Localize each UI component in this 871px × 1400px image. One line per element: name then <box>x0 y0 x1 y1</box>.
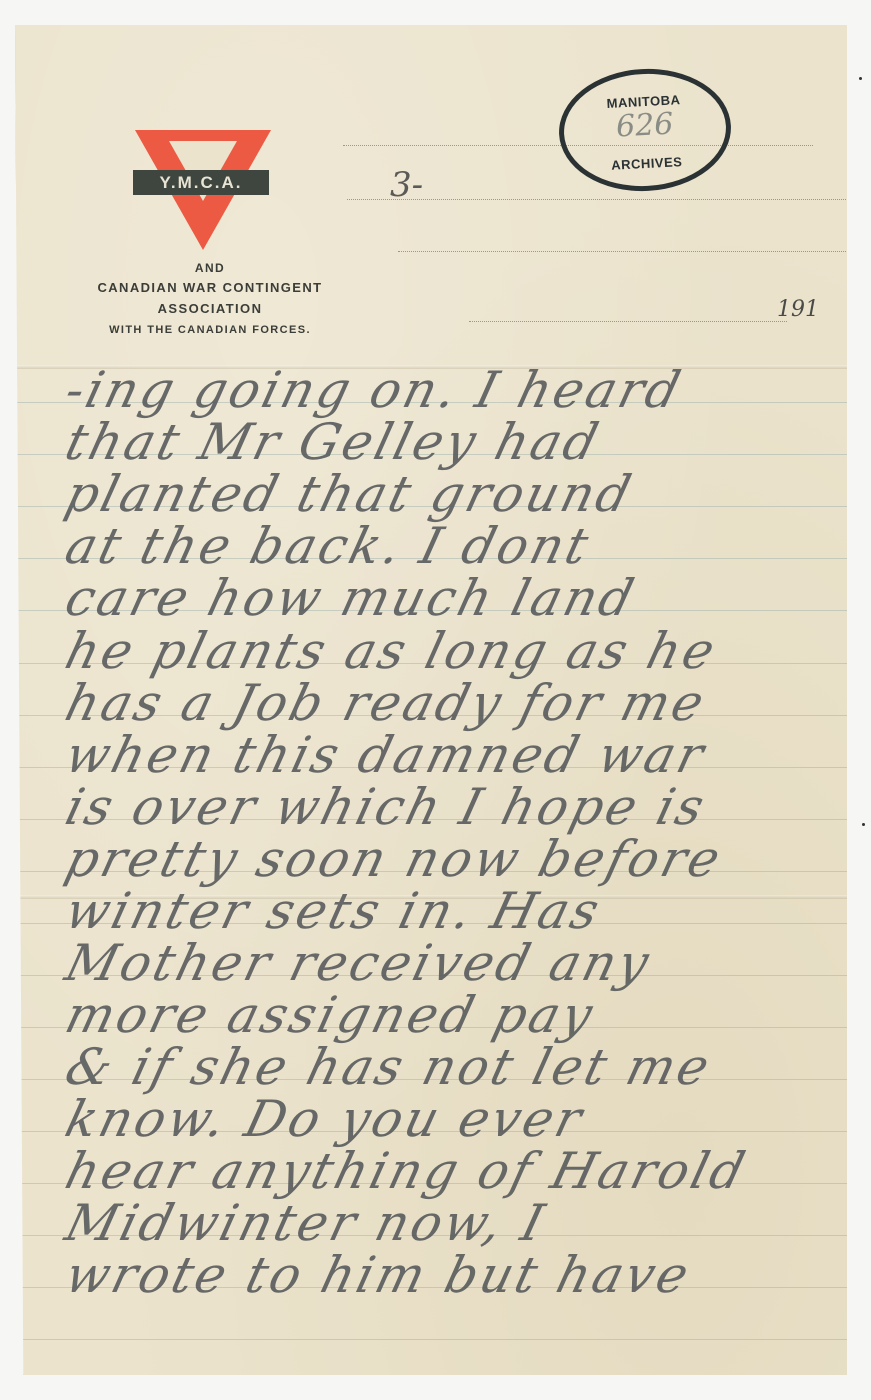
letter-line: & if she has not let me <box>61 1042 853 1092</box>
letter-line: know. Do you ever <box>61 1094 853 1144</box>
letter-line: more assigned pay <box>61 990 853 1040</box>
letter-line: he plants as long as he <box>61 626 853 676</box>
ruled-line <box>15 1339 847 1340</box>
letter-line: that Mr Gelley had <box>61 417 853 467</box>
header-line <box>347 199 871 200</box>
letterhead-forces: WITH THE CANADIAN FORCES. <box>50 324 370 336</box>
letter-line: hear anything of Harold <box>61 1146 853 1196</box>
letter-line: planted that ground <box>61 469 853 519</box>
letterhead-org: CANADIAN WAR CONTINGENT <box>50 280 370 295</box>
letter-line: is over which I hope is <box>61 782 853 832</box>
letterhead-and: AND <box>50 261 370 275</box>
letter-line: wrote to him but have <box>61 1250 853 1300</box>
letter-line: Midwinter now, I <box>61 1198 853 1248</box>
date-line <box>469 321 787 322</box>
stamp-number: 626 <box>563 104 727 147</box>
scan-speck <box>862 823 865 826</box>
letter-line: pretty soon now before <box>61 834 853 884</box>
letter-line: Mother received any <box>61 938 853 988</box>
header-line <box>398 251 868 252</box>
letterhead-association: ASSOCIATION <box>50 301 370 316</box>
letter-line: -ing going on. I heard <box>61 365 853 415</box>
manitoba-archives-stamp: MANITOBA 626 ARCHIVES <box>556 65 734 196</box>
letter-line: at the back. I dont <box>61 521 853 571</box>
letter-line: when this damned war <box>61 730 853 780</box>
scan-speck <box>859 77 862 80</box>
ymca-logo-text: Y.M.C.A. <box>133 170 269 195</box>
letter-page: Y.M.C.A. AND CANADIAN WAR CONTINGENT ASS… <box>15 25 847 1375</box>
letter-line: has a Job ready for me <box>61 678 853 728</box>
letter-line: care how much land <box>61 573 853 623</box>
letter-line: winter sets in. Has <box>61 886 853 936</box>
stamp-bottom-text: ARCHIVES <box>565 152 728 175</box>
ymca-logo: Y.M.C.A. <box>135 130 271 252</box>
date-year-prefix: 191 <box>777 297 819 322</box>
page-number: 3- <box>390 165 423 205</box>
